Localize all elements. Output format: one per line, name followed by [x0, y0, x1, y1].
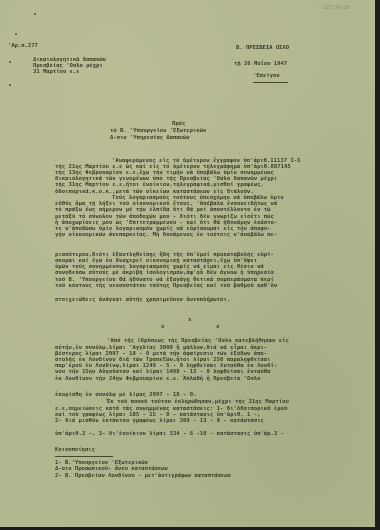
archive-stamp: 322/14/18 — [323, 5, 350, 12]
distribution-item: Δ-σιν Προσωπικοῦ- ἄνευ καταστάσεων — [55, 466, 168, 473]
sender-name: Β. ΠΡΕΣΒΕΙΑ ΟΣΛΟ — [236, 45, 289, 52]
subject-line: 31 Μαρτίου ε.ε — [33, 69, 79, 76]
text-line: τό πράξω ἕως σήμερον μέ τήν ἐλπίδα ὅτι θ… — [55, 207, 271, 214]
separator-mark: x — [216, 324, 219, 331]
recipient-label: Πρός — [172, 121, 185, 128]
separator-mark: x — [188, 317, 191, 324]
separator-mark: x — [161, 324, 164, 331]
margin-dot — [9, 84, 11, 86]
distribution-item: 2- Β. Πρεσβείαν Λονδίνου - μετ'ἀντιγράφω… — [55, 473, 231, 480]
reference-number: 'Αρ.π.277 — [8, 43, 38, 50]
margin-dot — [15, 33, 17, 35]
distribution-title: Κοινοποίησις — [55, 447, 113, 457]
text-line: 2- διά μισθόν ἐκτάκτου γραφέως λίραι 309… — [55, 418, 264, 425]
text-line: Ἐκ τοῦ ποσοῦ τούτου ἐκληρώθησαν,μέχρι τῆ… — [107, 399, 289, 406]
margin-dot — [34, 13, 36, 15]
text-line: τῆς 31ης Μαρτίου ε.ε,ἤτοι ἐνοίκιον,τηλεγ… — [55, 182, 264, 189]
recipient-line: τό Β. 'Υπουργεῖον 'Εξωτερικῶν — [110, 128, 206, 135]
text-line: στοιχειώδεις ἀνάγκαι αὐτῆς χρησιμεύουν ἀ… — [55, 297, 230, 304]
recipient-line: Δ-σιν 'Υπηρεσίας Δαπανῶν — [110, 135, 190, 142]
letter-date: τῇ 26 Μαΐου 1947 — [234, 61, 287, 68]
text-line: ὑπ'ἀριθ.2 -, 3- δι'ἐνοίκιον λίραι 334 - … — [55, 431, 284, 438]
text-line: ἐκομίσθη ἐν συνόλῳ μέ λίρας 2997 - 18 - … — [55, 392, 196, 399]
text-line: τοῦ κόστους τῆς νεοσυστάτου ταύτης Πρεσβ… — [55, 283, 277, 290]
margin-dot — [9, 61, 11, 63]
document-page: 322/14/18 'Αρ.π.277 Δικαιολογητικά δαπαν… — [0, 0, 375, 527]
text-line: νου τήν 15ην Αὐγούστου καί λίραι 1498 - … — [55, 369, 271, 376]
text-line: συνοδεύσω αὐτούς μέ ἀκριβῆ ἰσολογισμόν,ἀ… — [55, 270, 274, 277]
urgency-label: 'Επεῖγον — [253, 73, 288, 83]
text-line: ἐκ Λονδίνου τήν 24ην Φεβρουαρίου ε.ε. Ἁπ… — [55, 376, 260, 383]
text-line: γήν οἰκονομικῶν ἀνεπαρκείας. Μή δυνάμενο… — [55, 232, 277, 239]
text-line: 'Από τῆς ἱδρύσεως τῆς Πρεσβείας 'Οσλο κα… — [107, 338, 289, 345]
